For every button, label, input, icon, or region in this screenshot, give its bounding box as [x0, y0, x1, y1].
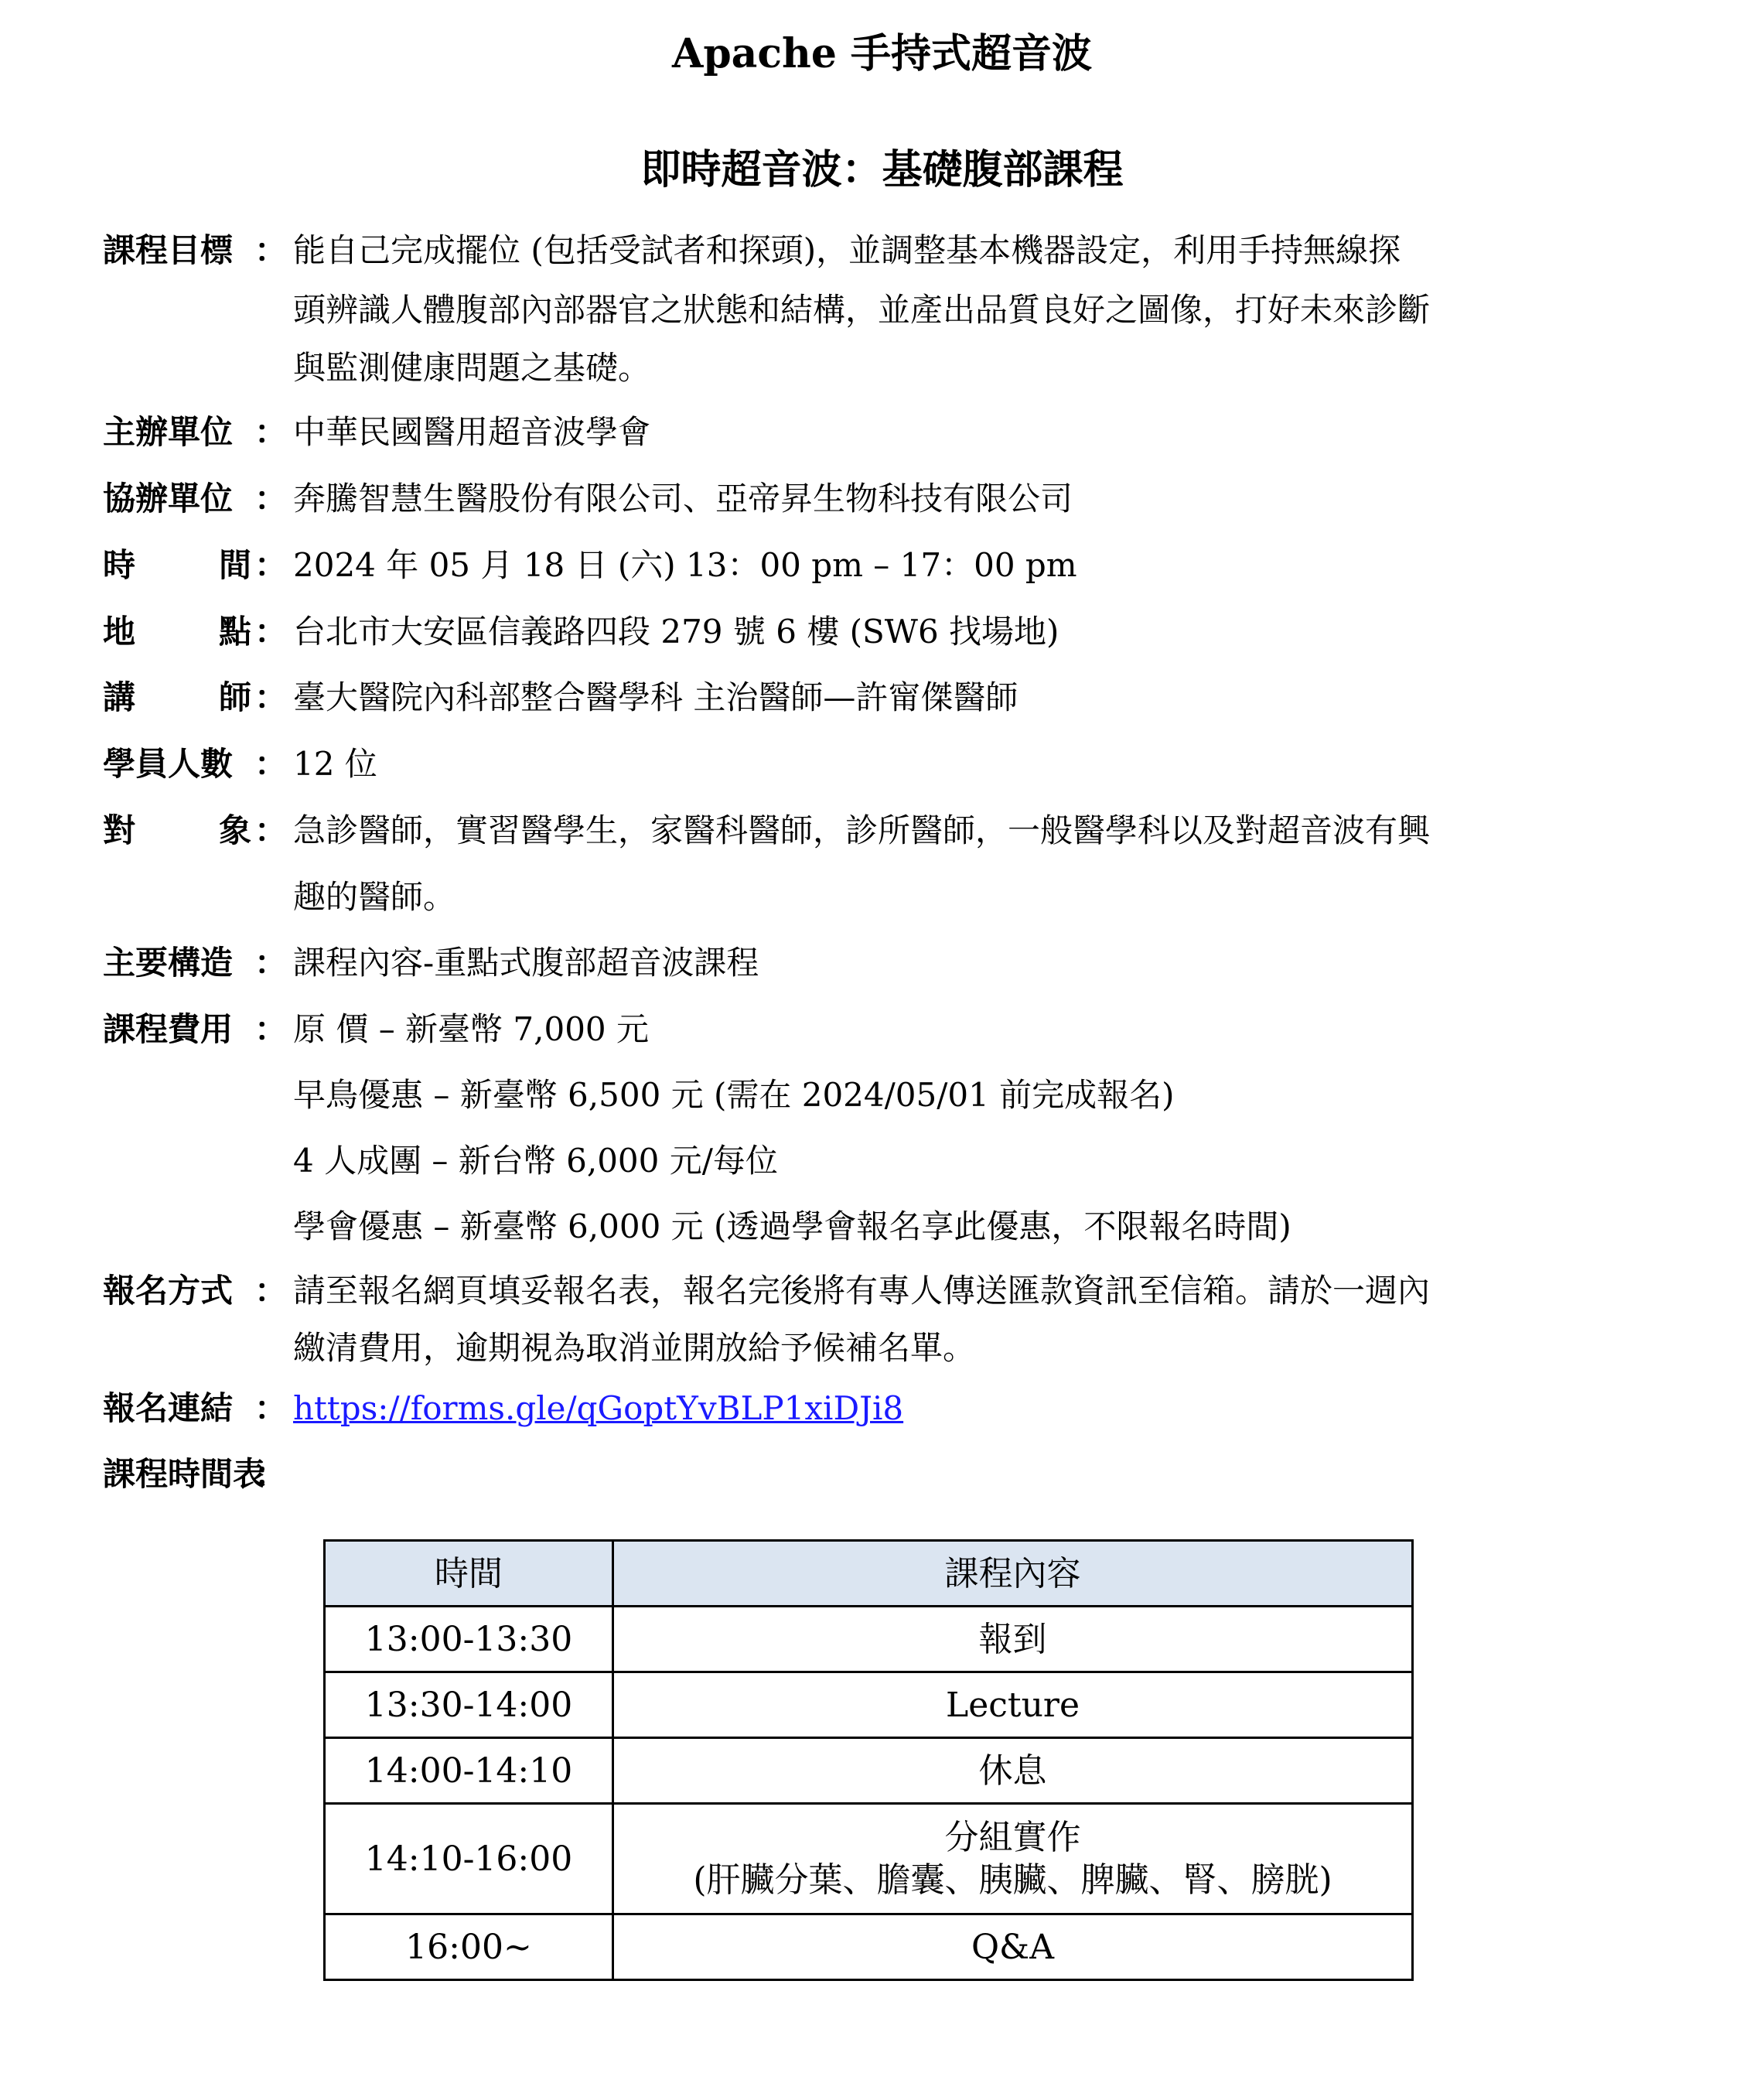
row-time: 14:00-14:10 [325, 1738, 613, 1804]
organizer-value: 中華民國醫用超音波學會 [293, 416, 650, 449]
row-time: 14:10-16:00 [325, 1804, 613, 1914]
instructor-value: 臺大醫院內科部整合醫學科 主治醫師—許甯傑醫師 [293, 681, 1018, 714]
instructor-label-b: 師 [219, 681, 251, 714]
row-detail: (肝臟分葉、膽囊、胰臟、脾臟、腎、膀胱) [614, 1859, 1411, 1901]
table-header-row: 時間 課程內容 [325, 1541, 1413, 1607]
objective-line-1: 能自己完成擺位 (包括受試者和探頭)，並調整基本機器設定，利用手持無線探 [293, 234, 1401, 267]
location-label-b: 點 [219, 616, 251, 648]
table-row: 14:00-14:10 休息 [325, 1738, 1413, 1804]
row-content: Lecture [613, 1672, 1413, 1738]
registration-link[interactable]: https://forms.gle/qGoptYvBLP1xiDJi8 [293, 1392, 903, 1425]
colon: ： [254, 815, 287, 847]
row-content: Q&A [613, 1914, 1413, 1980]
row-content: 報到 [613, 1607, 1413, 1672]
colon: ： [254, 1458, 287, 1491]
capacity-value: 12 位 [293, 748, 377, 780]
objective-line-3: 與監測健康問題之基礎。 [293, 352, 650, 384]
colon: ： [254, 416, 287, 449]
colon: ： [254, 748, 287, 780]
table-row: 16:00~ Q&A [325, 1914, 1413, 1980]
row-time: 13:30-14:00 [325, 1672, 613, 1738]
colon: ： [254, 1275, 287, 1307]
colon: ： [254, 681, 287, 714]
instructor-label-a: 講 [103, 681, 135, 714]
table-row: 14:10-16:00 分組實作 (肝臟分葉、膽囊、胰臟、脾臟、腎、膀胱) [325, 1804, 1413, 1914]
table-row: 13:00-13:30 報到 [325, 1607, 1413, 1672]
colon: ： [254, 234, 287, 267]
row-content-cell: 分組實作 (肝臟分葉、膽囊、胰臟、脾臟、腎、膀胱) [613, 1804, 1413, 1914]
header-content: 課程內容 [613, 1541, 1413, 1607]
course-title: 即時超音波：基礎腹部課程 [0, 150, 1764, 190]
row-content: 休息 [613, 1738, 1413, 1804]
colon: ： [254, 483, 287, 515]
audience-line-1: 急診醫師，實習醫學生，家醫科醫師，診所醫師，一般醫學科以及對超音波有興 [293, 815, 1430, 847]
audience-label-a: 對 [103, 815, 135, 847]
colon: ： [254, 616, 287, 648]
audience-label: 對 象 [103, 815, 251, 847]
location-value: 台北市大安區信義路四段 279 號 6 樓 (SW6 找場地) [293, 616, 1059, 648]
instructor-label: 講 師 [103, 681, 251, 714]
colon: ： [254, 947, 287, 979]
row-content: 分組實作 [614, 1816, 1411, 1859]
time-value: 2024 年 05 月 18 日 (六) 13：00 pm – 17：00 pm [293, 549, 1077, 582]
location-label: 地 點 [103, 616, 251, 648]
co-organizer-value: 奔騰智慧生醫股份有限公司、亞帝昇生物科技有限公司 [293, 483, 1073, 515]
header-time: 時間 [325, 1541, 613, 1607]
fee-line-original: 原 價 – 新臺幣 7,000 元 [293, 1013, 649, 1046]
row-time: 16:00~ [325, 1914, 613, 1980]
time-label-b: 間 [219, 549, 251, 582]
colon: ： [254, 1392, 287, 1425]
audience-line-2: 趣的醫師。 [293, 881, 456, 914]
audience-label-b: 象 [219, 815, 251, 847]
schedule-table: 時間 課程內容 13:00-13:30 報到 13:30-14:00 Lectu… [323, 1539, 1414, 1981]
row-time: 13:00-13:30 [325, 1607, 613, 1672]
location-label-a: 地 [103, 616, 135, 648]
registration-line-2: 繳清費用，逾期視為取消並開放給予候補名單。 [293, 1332, 975, 1364]
fee-line-society: 學會優惠 – 新臺幣 6,000 元 (透過學會報名享此優惠，不限報名時間) [293, 1211, 1291, 1243]
fee-line-early-bird: 早鳥優惠 – 新臺幣 6,500 元 (需在 2024/05/01 前完成報名) [293, 1079, 1175, 1112]
time-label: 時 間 [103, 549, 251, 582]
registration-line-1: 請至報名網頁填妥報名表，報名完後將有專人傳送匯款資訊至信箱。請於一週內 [293, 1275, 1430, 1307]
structure-value: 課程內容-重點式腹部超音波課程 [293, 947, 759, 979]
colon: ： [254, 1013, 287, 1046]
document-title: Apache 手持式超音波 [0, 34, 1764, 74]
colon: ： [254, 549, 287, 582]
table-row: 13:30-14:00 Lecture [325, 1672, 1413, 1738]
objective-line-2: 頭辨識人體腹部內部器官之狀態和結構，並產出品質良好之圖像，打好未來診斷 [293, 294, 1430, 326]
time-label-a: 時 [103, 549, 135, 582]
fee-line-group: 4 人成團 – 新台幣 6,000 元/每位 [293, 1145, 778, 1177]
